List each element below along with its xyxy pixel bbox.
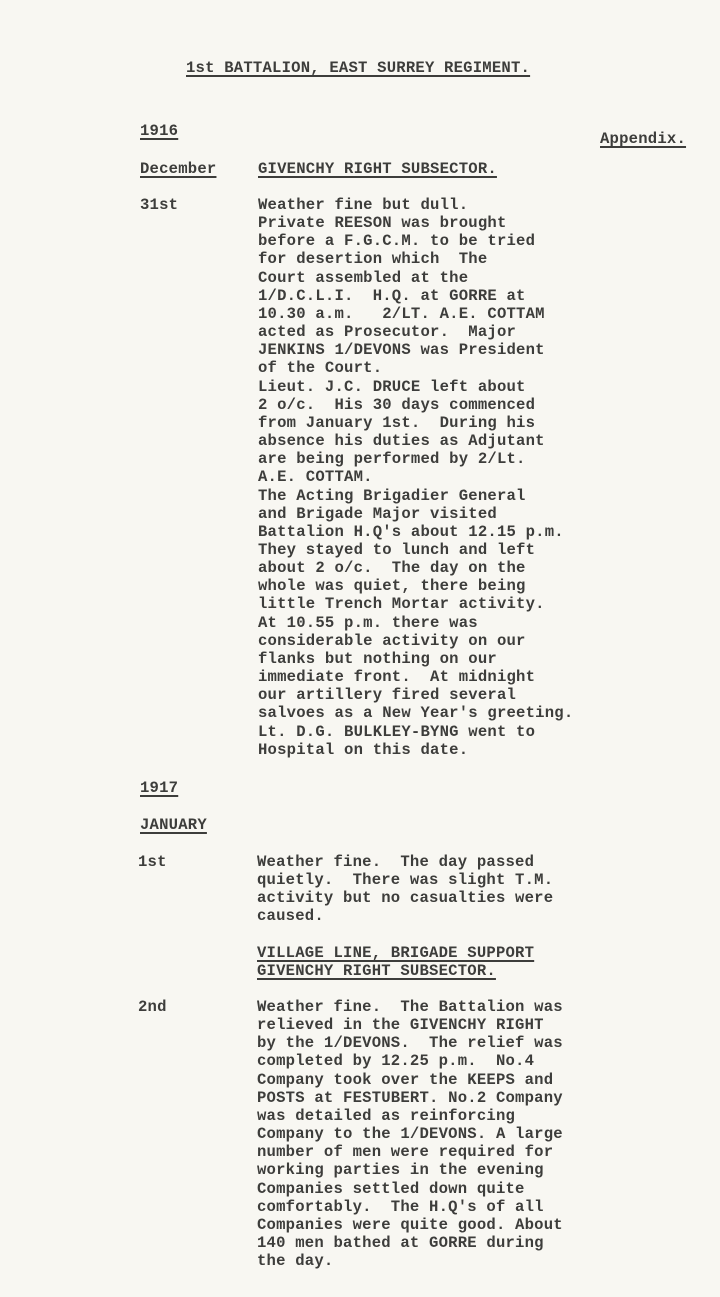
entry-line: The Acting Brigadier General — [258, 487, 573, 505]
entry-line: Lt. D.G. BULKLEY-BYNG went to — [258, 723, 573, 741]
entry-day-31st: 31st — [140, 196, 178, 214]
entry-line: acted as Prosecutor. Major — [258, 323, 573, 341]
entry-line: little Trench Mortar activity. — [258, 595, 573, 613]
appendix-label: Appendix. — [600, 130, 686, 148]
entry-line: comfortably. The H.Q's of all — [257, 1198, 563, 1216]
entry-line: Court assembled at the — [258, 269, 573, 287]
entry-line: and Brigade Major visited — [258, 505, 573, 523]
month-heading-december: December — [140, 160, 216, 178]
entry-line: working parties in the evening — [257, 1161, 563, 1179]
entry-line: POSTS at FESTUBERT. No.2 Company — [257, 1089, 563, 1107]
location-heading-village-line: VILLAGE LINE, BRIGADE SUPPORT GIVENCHY R… — [257, 944, 534, 980]
location-line: GIVENCHY RIGHT SUBSECTOR. — [257, 962, 534, 980]
entry-line: Companies were quite good. About — [257, 1216, 563, 1234]
year-heading-1917: 1917 — [140, 779, 178, 797]
entry-body-2nd: Weather fine. The Battalion was relieved… — [257, 998, 563, 1270]
entry-line: absence his duties as Adjutant — [258, 432, 573, 450]
entry-line: quietly. There was slight T.M. — [257, 871, 553, 889]
entry-line: by the 1/DEVONS. The relief was — [257, 1034, 563, 1052]
entry-line: of the Court. — [258, 359, 573, 377]
entry-line: 1/D.C.L.I. H.Q. at GORRE at — [258, 287, 573, 305]
entry-body-31st: Weather fine but dull. Private REESON wa… — [258, 196, 573, 759]
entry-line: salvoes as a New Year's greeting. — [258, 704, 573, 722]
entry-line: was detailed as reinforcing — [257, 1107, 563, 1125]
entry-line: 140 men bathed at GORRE during — [257, 1234, 563, 1252]
entry-line: caused. — [257, 907, 553, 925]
entry-line: JENKINS 1/DEVONS was President — [258, 341, 573, 359]
entry-line: Hospital on this date. — [258, 741, 573, 759]
entry-line: our artillery fired several — [258, 686, 573, 704]
document-page: 1st BATTALION, EAST SURREY REGIMENT. 191… — [0, 0, 720, 1297]
entry-line: from January 1st. During his — [258, 414, 573, 432]
entry-line: Weather fine. The day passed — [257, 853, 553, 871]
entry-line: Lieut. J.C. DRUCE left about — [258, 378, 573, 396]
entry-line: Private REESON was brought — [258, 214, 573, 232]
entry-line: A.E. COTTAM. — [258, 468, 573, 486]
entry-body-1st: Weather fine. The day passed quietly. Th… — [257, 853, 553, 926]
entry-line: Company took over the KEEPS and — [257, 1071, 563, 1089]
entry-line: relieved in the GIVENCHY RIGHT — [257, 1016, 563, 1034]
entry-line: considerable activity on our — [258, 632, 573, 650]
entry-day-2nd: 2nd — [138, 998, 167, 1016]
entry-line: Weather fine. The Battalion was — [257, 998, 563, 1016]
location-heading-givenchy-right: GIVENCHY RIGHT SUBSECTOR. — [258, 160, 497, 178]
entry-line: 2 o/c. His 30 days commenced — [258, 396, 573, 414]
entry-line: Company to the 1/DEVONS. A large — [257, 1125, 563, 1143]
entry-line: are being performed by 2/Lt. — [258, 450, 573, 468]
year-heading-1916: 1916 — [140, 122, 178, 140]
entry-line: completed by 12.25 p.m. No.4 — [257, 1052, 563, 1070]
document-title: 1st BATTALION, EAST SURREY REGIMENT. — [186, 59, 530, 77]
entry-line: whole was quiet, there being — [258, 577, 573, 595]
entry-line: They stayed to lunch and left — [258, 541, 573, 559]
location-line: VILLAGE LINE, BRIGADE SUPPORT — [257, 944, 534, 962]
entry-day-1st: 1st — [138, 853, 167, 871]
entry-line: about 2 o/c. The day on the — [258, 559, 573, 577]
entry-line: the day. — [257, 1252, 563, 1270]
entry-line: Weather fine but dull. — [258, 196, 573, 214]
entry-line: At 10.55 p.m. there was — [258, 614, 573, 632]
entry-line: immediate front. At midnight — [258, 668, 573, 686]
entry-line: 10.30 a.m. 2/LT. A.E. COTTAM — [258, 305, 573, 323]
entry-line: number of men were required for — [257, 1143, 563, 1161]
month-heading-january: JANUARY — [140, 816, 207, 834]
entry-line: flanks but nothing on our — [258, 650, 573, 668]
entry-line: for desertion which The — [258, 250, 573, 268]
entry-line: before a F.G.C.M. to be tried — [258, 232, 573, 250]
entry-line: activity but no casualties were — [257, 889, 553, 907]
entry-line: Battalion H.Q's about 12.15 p.m. — [258, 523, 573, 541]
entry-line: Companies settled down quite — [257, 1180, 563, 1198]
